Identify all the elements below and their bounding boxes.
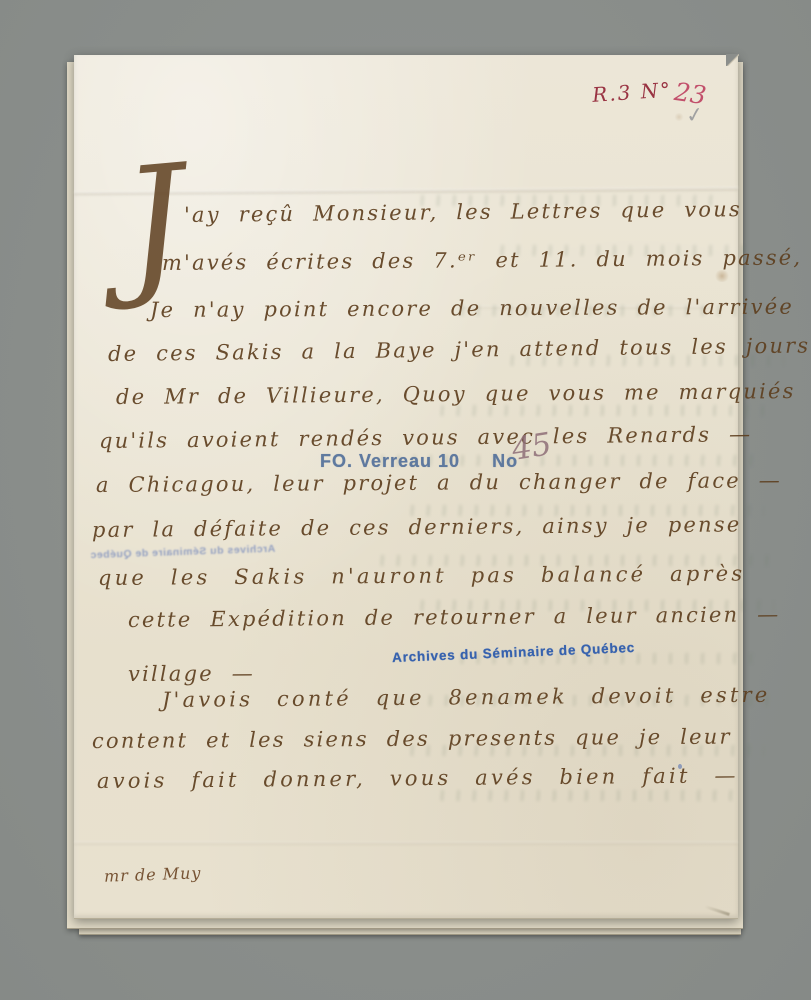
archives-stamp-ink-transfer: Archives du Séminaire de Québec <box>90 543 276 561</box>
letter-line: qu'ils avoient rendés vous avec les Rena… <box>99 422 753 453</box>
letter-line: village — <box>128 661 255 686</box>
letter-line: a Chicagou, leur projet a du changer de … <box>96 468 782 497</box>
fold-crease <box>74 841 738 845</box>
foxing-stain <box>714 270 730 282</box>
letter-line: avois fait donner, vous avés bien fait — <box>97 763 739 793</box>
letter-line: Je n'ay point encore de nouvelles de l'a… <box>150 295 794 322</box>
verreau-stamp-name: FO. Verreau 10 <box>320 451 460 471</box>
archival-classification-mark: R.3 N°23 <box>591 71 705 108</box>
dog-ear-fold <box>704 905 730 916</box>
ink-showthrough <box>434 790 734 801</box>
verreau-collection-stamp: FO. Verreau 10No <box>320 451 518 472</box>
ink-showthrough <box>434 405 764 416</box>
manuscript-page: R.3 N°23 ✓ J 'ay reçû Monsieur, les Lett… <box>74 55 738 919</box>
classification-series: R.3 N° <box>591 77 672 107</box>
verso-annotation: mr de Muy <box>104 863 202 885</box>
letter-line: par la défaite de ces derniers, ainsy je… <box>92 512 742 542</box>
photograph-background: R.3 N°23 ✓ J 'ay reçû Monsieur, les Lett… <box>0 0 811 1000</box>
letter-line: content et les siens des presents que je… <box>92 725 732 753</box>
initial-flourish-J: J <box>117 145 191 302</box>
letter-line: que les Sakis n'auront pas balancé après <box>98 561 745 590</box>
letter-line: m'avés écrites des 7.ᵉʳ et 11. du mois p… <box>162 245 802 275</box>
letter-line: cette Expédition de retourner a leur anc… <box>128 602 781 632</box>
letter-line: J'avois conté que 8enamek devoit estre <box>162 683 771 712</box>
pencil-checkmark: ✓ <box>684 102 705 128</box>
corner-fold <box>726 54 739 66</box>
verreau-stamp-number-handwritten: 45 <box>509 426 554 468</box>
letter-line: 'ay reçû Monsieur, les Lettres que vous <box>184 197 742 227</box>
foxing-stain <box>674 113 684 121</box>
